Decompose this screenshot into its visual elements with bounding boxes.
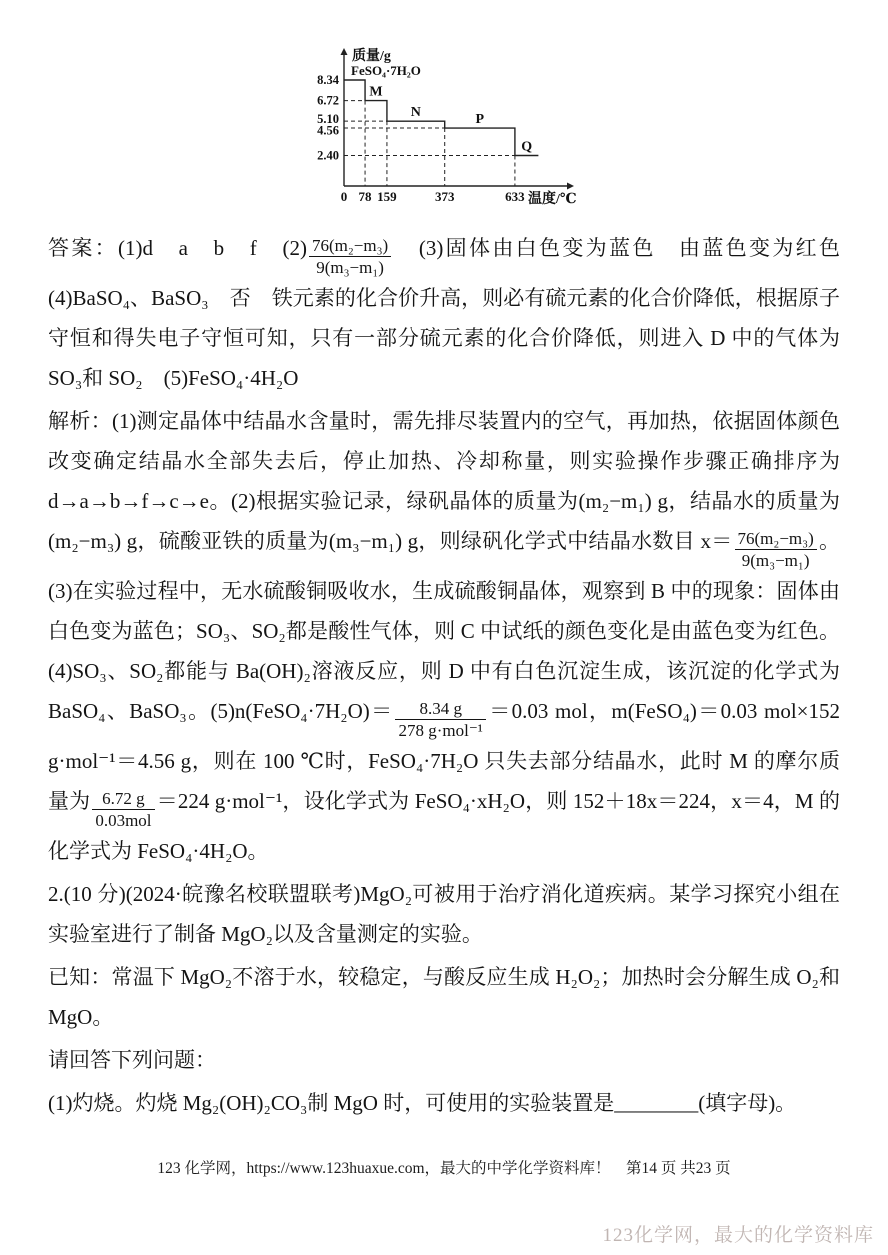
question2-known-paragraph: 已知：常温下 MgO₂不溶于水，较稳定，与酸反应生成 H₂O₂；加热时会分解生成… (48, 957, 840, 1037)
question2-known-text: 已知：常温下 MgO₂不溶于水，较稳定，与酸反应生成 H₂O₂；加热时会分解生成… (48, 965, 840, 1029)
svg-text:温度/℃: 温度/℃ (528, 190, 577, 207)
svg-text:4.56: 4.56 (317, 124, 339, 138)
svg-text:质量/g: 质量/g (352, 47, 391, 64)
fraction-denominator: 0.03mol (92, 810, 154, 831)
svg-text:78: 78 (359, 189, 373, 204)
question2-intro-text: 2.(10 分)(2024·皖豫名校联盟联考)MgO₂可被用于治疗消化道疾病。某… (48, 882, 840, 946)
chart-canvas: 质量/g温度/℃8.340FeSO₄·7H₂O6.7278M5.10159N4.… (294, 40, 594, 212)
svg-text:N: N (411, 105, 421, 120)
question2-item1-paragraph: (1)灼烧。灼烧 Mg₂(OH)₂CO₃制 MgO 时，可使用的实验装置是___… (48, 1083, 840, 1123)
document-page: 质量/g温度/℃8.340FeSO₄·7H₂O6.7278M5.10159N4.… (0, 0, 888, 1255)
fraction-numerator: 76(m₂−m₃) (309, 235, 391, 257)
svg-text:6.72: 6.72 (317, 94, 339, 108)
page-footer: 123 化学网，https://www.123huaxue.com，最大的中学化… (0, 1156, 888, 1178)
svg-text:2.40: 2.40 (317, 148, 339, 162)
question2-prompt-paragraph: 请回答下列问题： (48, 1040, 840, 1080)
fraction-numerator: 6.72 g (92, 788, 154, 810)
fraction-numerator: 76(m₂−m₃) (735, 528, 817, 550)
answer-segment-1: 答案：(1)d a b f (2) (48, 236, 307, 260)
analysis-segment-1: 解析：(1)测定晶体中结晶水含量时，需先排尽装置内的空气，再加热，依据固体颜色改… (48, 409, 840, 553)
fraction-denominator: 278 g·mol⁻¹ (395, 720, 485, 741)
svg-text:0: 0 (341, 189, 348, 204)
analysis-segment-2: 。(3)在实验过程中，无水硫酸铜吸收水，生成硫酸铜晶体，观察到 B 中的现象：固… (48, 529, 840, 723)
analysis-fraction-water-count: 76(m₂−m₃)9(m₃−m₁) (735, 528, 817, 572)
mass-temperature-chart: 质量/g温度/℃8.340FeSO₄·7H₂O6.7278M5.10159N4.… (0, 0, 888, 212)
svg-text:Q: Q (521, 139, 532, 154)
svg-text:M: M (369, 85, 382, 100)
svg-text:633: 633 (505, 189, 525, 204)
analysis-segment-4: ＝224 g·mol⁻¹，设化学式为 FeSO₄·xH₂O，则 152＋18x＝… (48, 789, 840, 863)
question2-prompt-text: 请回答下列问题： (48, 1048, 216, 1072)
question2-intro-paragraph: 2.(10 分)(2024·皖豫名校联盟联考)MgO₂可被用于治疗消化道疾病。某… (48, 874, 840, 954)
svg-text:8.34: 8.34 (317, 73, 340, 87)
answer-fraction-water-count: 76(m₂−m₃)9(m₃−m₁) (309, 235, 391, 279)
analysis-paragraph: 解析：(1)测定晶体中结晶水含量时，需先排尽装置内的空气，再加热，依据固体颜色改… (48, 401, 840, 871)
svg-text:373: 373 (435, 189, 455, 204)
answer-paragraph: 答案：(1)d a b f (2)76(m₂−m₃)9(m₃−m₁) (3)固体… (48, 228, 840, 398)
svg-text:159: 159 (377, 189, 397, 204)
svg-text:P: P (476, 112, 485, 127)
analysis-fraction-molar-mass: 6.72 g0.03mol (92, 788, 154, 832)
fraction-numerator: 8.34 g (395, 698, 485, 720)
fraction-denominator: 9(m₃−m₁) (735, 550, 817, 571)
document-body: 答案：(1)d a b f (2)76(m₂−m₃)9(m₃−m₁) (3)固体… (48, 228, 840, 1123)
analysis-fraction-moles: 8.34 g278 g·mol⁻¹ (395, 698, 485, 742)
svg-text:FeSO₄·7H₂O: FeSO₄·7H₂O (351, 63, 421, 78)
fraction-denominator: 9(m₃−m₁) (309, 257, 391, 278)
site-watermark: 123化学网，最大的化学资料库 (602, 1220, 874, 1247)
question2-item1-text: (1)灼烧。灼烧 Mg₂(OH)₂CO₃制 MgO 时，可使用的实验装置是___… (48, 1091, 796, 1115)
